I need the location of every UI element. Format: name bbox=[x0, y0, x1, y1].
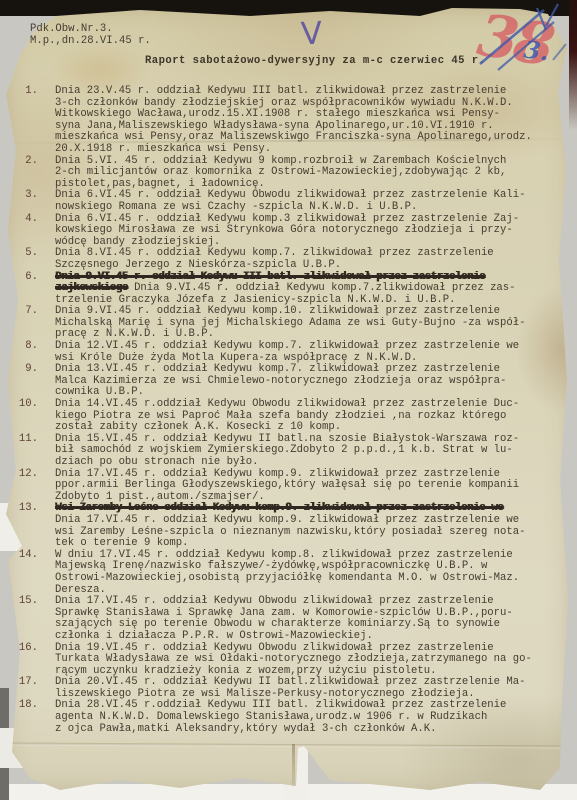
report-item: 5.Dnia 8.VI.45 r. oddział Kedywu komp.7.… bbox=[12, 248, 564, 271]
item-text: Dnia 9.VI.45 r. oddział Kedywu III batl.… bbox=[55, 272, 564, 307]
document-content: Pdk.Obw.Nr.3. M.p.,dn.28.VI.45 r. Raport… bbox=[0, 0, 577, 800]
report-item: 1.Dnia 23.V.45 r. oddział Kedywu III bat… bbox=[12, 86, 564, 156]
document-header: Pdk.Obw.Nr.3. M.p.,dn.28.VI.45 r. bbox=[30, 24, 151, 47]
report-item: 18.Dnia 28.VI.45 r.oddział Kedywu III ba… bbox=[12, 700, 564, 735]
item-number: 9. bbox=[12, 364, 38, 376]
item-number: 2. bbox=[12, 156, 38, 168]
report-item: 16.Dnia 19.VI.45 r. oddział Kedywu Obwod… bbox=[12, 643, 564, 678]
item-text: W dniu 17.VI.45 r. oddział Kedywu komp.8… bbox=[55, 550, 564, 596]
report-item: 13.Wsi Zaremby Leśne oddział Kedywu komp… bbox=[12, 503, 564, 549]
report-item: 15.Dnia 17.VI.45 r. oddział Kedywu Obwod… bbox=[12, 596, 564, 642]
item-text: Dnia 13.VI.45 r. oddział Kedywu komp.7. … bbox=[55, 364, 564, 399]
item-number: 1. bbox=[12, 86, 38, 98]
report-item: 2.Dnia 5.VI. 45 r. oddział Kedywu 9 komp… bbox=[12, 156, 564, 191]
scanned-document: Pdk.Obw.Nr.3. M.p.,dn.28.VI.45 r. Raport… bbox=[0, 0, 577, 800]
item-text: Dnia 6.VI.45 r. oddział Kedywu Obwodu zl… bbox=[55, 190, 564, 213]
item-text: Dnia 9.VI.45 r. oddział Kedywu komp.10. … bbox=[55, 306, 564, 341]
item-number: 18. bbox=[12, 700, 38, 712]
report-item: 6.Dnia 9.VI.45 r. oddział Kedywu III bat… bbox=[12, 272, 564, 307]
item-number: 17. bbox=[12, 677, 38, 689]
item-number: 5. bbox=[12, 248, 38, 260]
handwritten-blue-page-number: 3. bbox=[522, 35, 550, 67]
item-text: Dnia 17.VI.45 r. oddział Kedywu komp.9. … bbox=[55, 469, 564, 504]
item-number: 15. bbox=[12, 596, 38, 608]
report-item: 8.Dnia 12.VI.45 r. oddział Kedywu komp.7… bbox=[12, 341, 564, 364]
item-text: Dnia 17.VI.45 r. oddział Kedywu Obwodu z… bbox=[55, 596, 564, 642]
item-number: 10. bbox=[12, 399, 38, 411]
place-and-date: M.p.,dn.28.VI.45 r. bbox=[30, 35, 151, 47]
item-text: Dnia 14.VI.45 r.oddział Kedywu Obwodu zl… bbox=[55, 399, 564, 434]
item-text: Dnia 20.VI.45 r. oddział Kedywu II batl.… bbox=[55, 677, 564, 700]
report-item: 12.Dnia 17.VI.45 r. oddział Kedywu komp.… bbox=[12, 469, 564, 504]
item-text: Wsi Zaremby Leśne oddział Kedywu komp.9.… bbox=[55, 503, 564, 549]
item-number: 11. bbox=[12, 434, 38, 446]
item-text: Dnia 19.VI.45 r. oddział Kedywu Obwodu z… bbox=[55, 643, 564, 678]
item-text: Dnia 5.VI. 45 r. oddział Kedywu 9 komp.r… bbox=[55, 156, 564, 191]
report-item: 4.Dnia 6.VI.45 r. oddział Kedywu komp.3 … bbox=[12, 214, 564, 249]
report-items: 1.Dnia 23.V.45 r. oddział Kedywu III bat… bbox=[12, 86, 564, 735]
report-item: 10.Dnia 14.VI.45 r.oddział Kedywu Obwodu… bbox=[12, 399, 564, 434]
report-item: 17.Dnia 20.VI.45 r. oddział Kedywu II ba… bbox=[12, 677, 564, 700]
item-number: 7. bbox=[12, 306, 38, 318]
overstruck-text: zajkowskiego bbox=[55, 282, 128, 294]
overstruck-text: Dnia 9.VI.45 r. oddział Kedywu III batl.… bbox=[55, 271, 485, 283]
item-text: Dnia 15.VI.45 r. oddział Kedywu II batl.… bbox=[55, 434, 564, 469]
report-item: 3.Dnia 6.VI.45 r. oddział Kedywu Obwodu … bbox=[12, 190, 564, 213]
item-number: 13. bbox=[12, 503, 38, 515]
report-item: 11.Dnia 15.VI.45 r. oddział Kedywu II ba… bbox=[12, 434, 564, 469]
item-text: Dnia 28.VI.45 r.oddział Kedywu III batl.… bbox=[55, 700, 564, 735]
item-number: 16. bbox=[12, 643, 38, 655]
item-text: Dnia 8.VI.45 r. oddział Kedywu komp.7. z… bbox=[55, 248, 564, 271]
unit-reference: Pdk.Obw.Nr.3. bbox=[30, 23, 113, 35]
report-item: 14.W dniu 17.VI.45 r. oddział Kedywu kom… bbox=[12, 550, 564, 596]
item-number: 12. bbox=[12, 469, 38, 481]
overstruck-text: Wsi Zaremby Leśne oddział Kedywu komp.9.… bbox=[55, 502, 503, 514]
item-text: Dnia 23.V.45 r. oddział Kedywu III batl.… bbox=[55, 86, 564, 156]
item-text: Dnia 6.VI.45 r. oddział Kedywu komp.3 zl… bbox=[55, 214, 564, 249]
report-title: Raport sabotażowo-dywersyjny za m-c czer… bbox=[145, 56, 485, 68]
item-number: 6. bbox=[12, 272, 38, 284]
item-number: 14. bbox=[12, 550, 38, 562]
handwritten-checkmark: V bbox=[300, 15, 323, 52]
item-number: 3. bbox=[12, 190, 38, 202]
report-item: 7.Dnia 9.VI.45 r. oddział Kedywu komp.10… bbox=[12, 306, 564, 341]
item-text: Dnia 12.VI.45 r. oddział Kedywu komp.7. … bbox=[55, 341, 564, 364]
item-number: 8. bbox=[12, 341, 38, 353]
report-item: 9.Dnia 13.VI.45 r. oddział Kedywu komp.7… bbox=[12, 364, 564, 399]
item-number: 4. bbox=[12, 214, 38, 226]
